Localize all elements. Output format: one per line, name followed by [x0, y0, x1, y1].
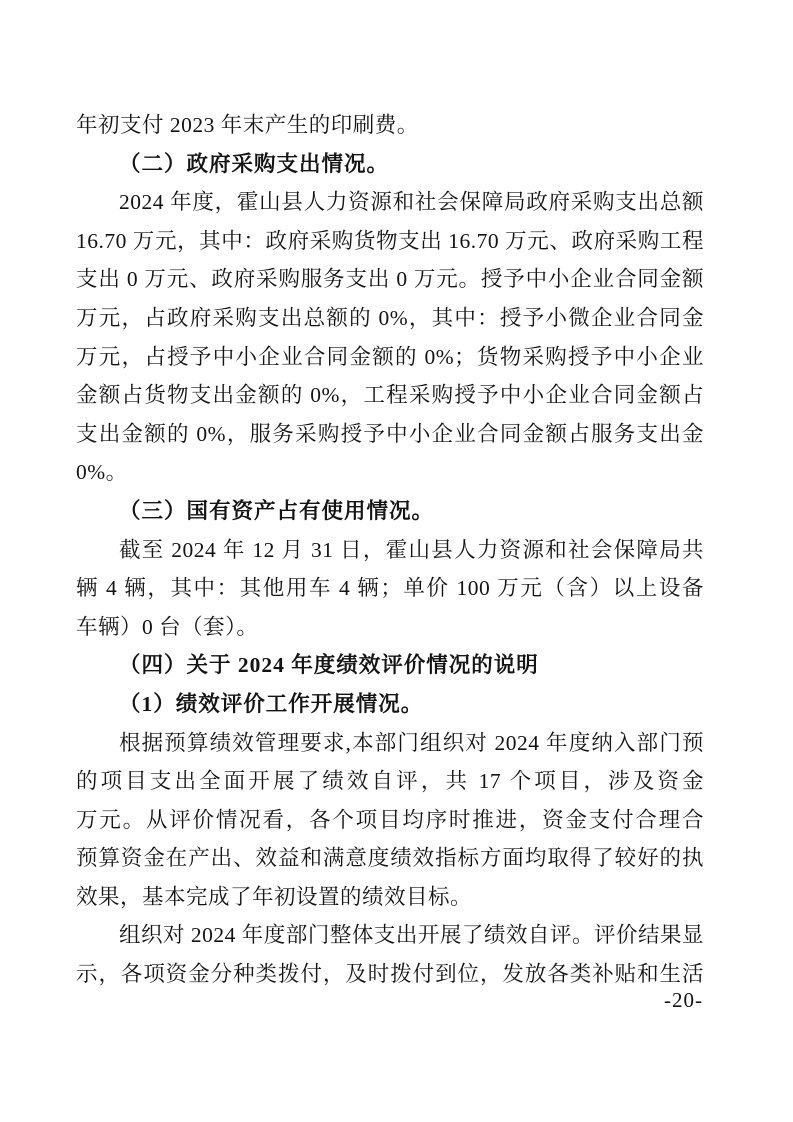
- text-line: 车辆）0 台（套）。: [76, 608, 704, 647]
- text-line: 预算资金在产出、效益和满意度绩效指标方面均取得了较好的执行: [76, 839, 704, 878]
- text-line: 支出金额的 0%，服务采购授予中小企业合同金额占服务支出金额的: [76, 415, 704, 454]
- text-line: 金额占货物支出金额的 0%，工程采购授予中小企业合同金额占工程: [76, 376, 704, 415]
- page-number: -20-: [664, 986, 703, 1014]
- heading-section-4: （四）关于 2024 年度绩效评价情况的说明: [76, 646, 704, 685]
- text-line: 支出 0 万元、政府采购服务支出 0 万元。授予中小企业合同金额 0: [76, 260, 704, 299]
- heading-section-3: （三）国有资产占有使用情况。: [76, 492, 704, 531]
- text-line: 组织对 2024 年度部门整体支出开展了绩效自评。评价结果显: [76, 916, 704, 955]
- text-line: 辆 4 辆，其中：其他用车 4 辆；单价 100 万元（含）以上设备（不含: [76, 569, 704, 608]
- heading-subsection-1: （1）绩效评价工作开展情况。: [76, 685, 704, 724]
- text-block: 年初支付 2023 年末产生的印刷费。 （二）政府采购支出情况。 2024 年度…: [76, 106, 704, 994]
- text-line: 示，各项资金分种类拨付，及时拨付到位，发放各类补贴和生活补: [76, 955, 704, 994]
- text-line: 的项目支出全面开展了绩效自评，共 17 个项目，涉及资金 4491.95: [76, 762, 704, 801]
- text-line: 万元，占政府采购支出总额的 0%，其中：授予小微企业合同金额 0: [76, 299, 704, 338]
- text-line: 2024 年度，霍山县人力资源和社会保障局政府采购支出总额: [76, 183, 704, 222]
- text-line: 16.70 万元，其中：政府采购货物支出 16.70 万元、政府采购工程: [76, 222, 704, 261]
- text-line: 效果，基本完成了年初设置的绩效目标。: [76, 878, 704, 917]
- text-line: 0%。: [76, 453, 704, 492]
- text-line: 根据预算绩效管理要求,本部门组织对 2024 年度纳入部门预算: [76, 724, 704, 763]
- text-line: 万元。从评价情况看，各个项目均序时推进，资金支付合理合规，: [76, 801, 704, 840]
- heading-section-2: （二）政府采购支出情况。: [76, 145, 704, 184]
- text-line: 万元，占授予中小企业合同金额的 0%；货物采购授予中小企业合同: [76, 338, 704, 377]
- text-line: 截至 2024 年 12 月 31 日，霍山县人力资源和社会保障局共有车: [76, 531, 704, 570]
- document-page: 年初支付 2023 年末产生的印刷费。 （二）政府采购支出情况。 2024 年度…: [0, 0, 793, 1122]
- text-line: 年初支付 2023 年末产生的印刷费。: [76, 106, 704, 145]
